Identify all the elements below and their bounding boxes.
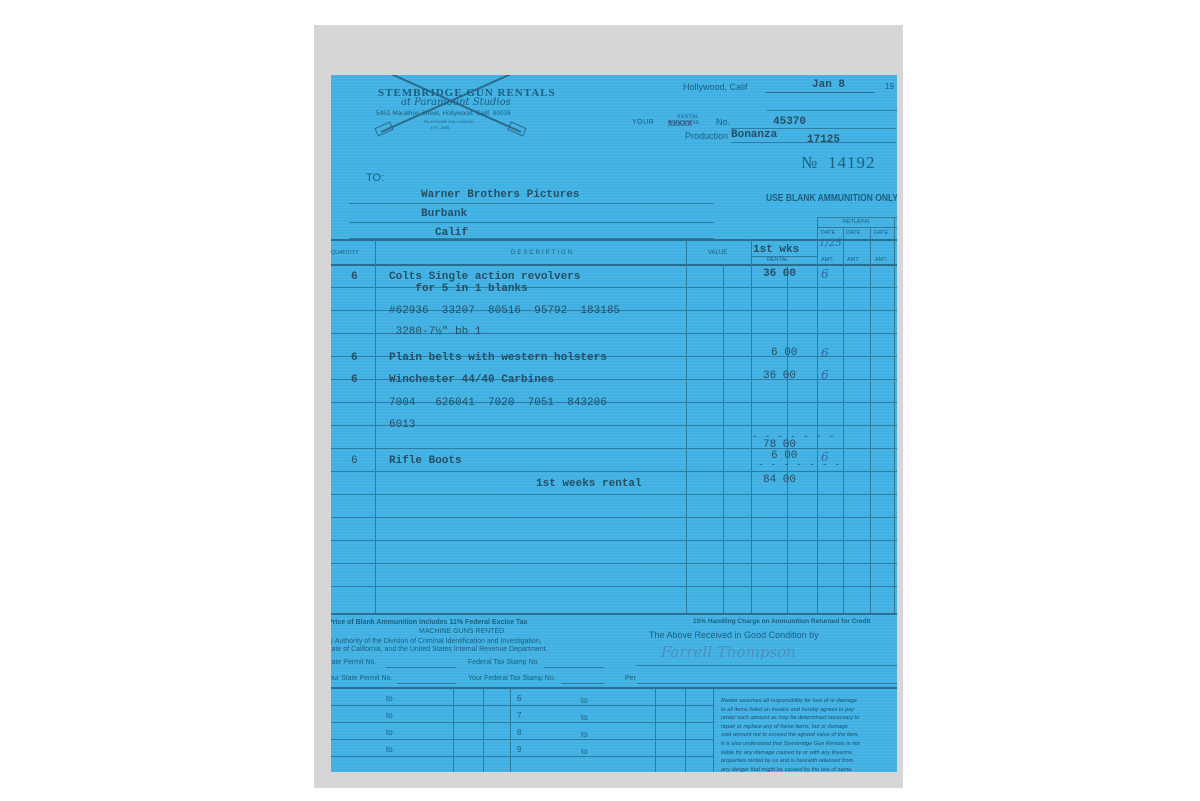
row-desc: Rifle Boots <box>389 455 462 467</box>
returns-top-line <box>817 217 897 218</box>
company-address: 5451 Marathon Street, Hollywood, Calif. … <box>376 110 511 117</box>
value-header: VALUE <box>708 250 727 256</box>
grid-row-line <box>331 705 713 706</box>
to-line-2 <box>349 222 714 223</box>
disclaimer-line: said amount not to exceed the agreed val… <box>721 731 897 740</box>
row-desc: 7004 626041 7020 7051 843206 <box>389 397 607 409</box>
order-number: 45370 <box>773 116 806 128</box>
phone-line: TELEPHONE HOLLYWOOD <box>423 119 474 124</box>
col-divider-qty <box>375 239 376 614</box>
grid-col-line <box>713 689 714 772</box>
invoice-number-label: № <box>801 153 817 173</box>
per-field[interactable] <box>637 683 897 684</box>
row-rental: 36 00 <box>763 268 796 280</box>
invoice-date: Jan 8 <box>812 79 845 91</box>
rule-line <box>331 471 897 472</box>
rental-header: RENTAL <box>767 257 788 263</box>
row-qty: 6 <box>351 374 358 386</box>
rule-line <box>331 563 897 564</box>
row-qty: 6 <box>351 352 358 364</box>
grid-to-label: to <box>386 694 393 703</box>
state-permit-label: State Permit No. <box>331 659 376 666</box>
returns-mid-line <box>817 227 897 228</box>
row-desc: Plain belts with western holsters <box>389 352 607 364</box>
grid-row-line <box>331 722 713 723</box>
signature: Farrell Thompson <box>661 643 796 661</box>
invoice-number: 14192 <box>828 153 876 173</box>
col-divider-returns-3 <box>870 227 871 614</box>
grid-to-label: to <box>581 696 588 705</box>
return-check: 6 <box>821 368 829 382</box>
col-divider-value <box>723 264 724 614</box>
year-prefix: 19 <box>885 82 894 91</box>
disclaimer-line: It is also understood that Stembridge Gu… <box>721 740 897 749</box>
total-amount: 84 00 <box>763 474 796 486</box>
signature-line <box>636 665 897 666</box>
row-desc: 3280-7½" bb 1 <box>389 326 481 338</box>
company-tagline: at Paramount Studios <box>401 97 511 108</box>
no-label: No. <box>716 117 730 127</box>
disclaimer-line: properties rented by us and is herewith … <box>721 757 897 766</box>
grid-col-line <box>685 689 686 772</box>
invoice-form: STEMBRIDGE GUN RENTALS at Paramount Stud… <box>331 75 897 772</box>
row-qty: 6 <box>351 271 358 283</box>
row-desc: Winchester 44/40 Carbines <box>389 374 554 386</box>
period-label: 1st wks <box>753 244 799 256</box>
row-desc: Colts Single action revolvers <box>389 271 580 283</box>
excise-note: Price of Blank Ammunition Includes 11% F… <box>331 619 528 626</box>
return-check: 6 <box>821 346 829 360</box>
grid-row-number: 8 <box>517 728 521 737</box>
rule-line <box>331 425 897 426</box>
grid-to-label: to <box>386 711 393 720</box>
your-federal-stamp-field[interactable] <box>561 683 604 684</box>
your-state-permit-label: Your State Permit No. <box>331 675 392 682</box>
grid-row-line <box>331 739 713 740</box>
total-rule: - - - - - - - <box>758 460 841 470</box>
grid-col-line <box>655 689 656 772</box>
col-divider-returns-2 <box>843 227 844 614</box>
quantity-header: QUANTITY <box>331 250 359 256</box>
return-amt-3: AMT. <box>875 257 888 263</box>
date-line <box>765 92 875 93</box>
row-qty: 6 <box>351 455 358 467</box>
grid-row-number: 6 <box>517 694 521 703</box>
your-label: YOUR <box>632 119 654 126</box>
machine-guns-note: MACHINE GUNS RENTED <box>419 628 504 635</box>
grid-to-label: to <box>581 713 588 722</box>
col-divider-returns-1 <box>817 239 818 614</box>
blank-ammo-notice: USE BLANK AMMUNITION ONLY <box>766 193 897 204</box>
disclaimer-line: any danger that might be caused by the u… <box>721 766 897 772</box>
your-state-permit-field[interactable] <box>397 683 456 684</box>
rule-line <box>331 540 897 541</box>
federal-stamp-field[interactable] <box>544 667 604 668</box>
grid-to-label: to <box>386 745 393 754</box>
total-label: 1st weeks rental <box>536 478 642 490</box>
return-date-1: DATE <box>821 230 835 236</box>
col-divider-rental <box>751 239 752 614</box>
row-desc: #62936 33207 80516 95792 183185 <box>389 305 620 317</box>
grid-to-label: to <box>581 730 588 739</box>
returns-label: RETURNS <box>843 219 870 225</box>
table-bottom-border <box>331 613 897 615</box>
rule-line <box>331 517 897 518</box>
production-number: 17125 <box>807 134 840 146</box>
description-header: DESCRIPTION <box>511 250 574 256</box>
received-label: The Above Received in Good Condition by <box>649 630 819 640</box>
purchase-strike: XXXXX <box>668 120 692 129</box>
state-permit-field[interactable] <box>386 667 456 668</box>
return-amt-1: AMT. <box>821 257 834 263</box>
disclaimer-line: to all items listed on invoice and hereb… <box>721 706 897 715</box>
col-divider-desc <box>686 239 687 614</box>
phone-ext: EXT. 2555 <box>431 125 449 130</box>
customer-name: Warner Brothers Pictures <box>421 189 579 201</box>
col-divider-right <box>894 217 895 614</box>
disclaimer-line: repair or replace any of these items, bu… <box>721 723 897 732</box>
grid-row-number: 9 <box>517 745 521 754</box>
to-line-1 <box>349 203 714 204</box>
header-bottom-border <box>331 264 897 266</box>
return-date-mark: 1/25 <box>819 238 841 249</box>
grid-to-label: to <box>581 747 588 756</box>
row-rental: 36 00 <box>763 370 796 382</box>
handling-note: 15% Handling Charge on Ammunition Return… <box>693 618 870 625</box>
authority-line-1: By Authority of the Division of Criminal… <box>331 638 542 645</box>
row-rental: 6 00 <box>771 347 797 359</box>
grid-col-line <box>483 687 484 772</box>
row-desc: 6013 <box>389 419 415 431</box>
return-date-2: DATE <box>846 230 860 236</box>
customer-city: Burbank <box>421 208 467 220</box>
disclaimer-block: Renter assumes all responsibility for lo… <box>721 697 897 772</box>
return-amt-2: AMT. <box>847 257 860 263</box>
grid-col-line <box>510 687 511 772</box>
return-date-3: DATE <box>874 230 888 236</box>
disclaimer-line: liable for any damage caused by or with … <box>721 749 897 758</box>
grid-top-border <box>331 687 897 689</box>
rule-line <box>331 448 897 449</box>
rule-line <box>331 586 897 587</box>
grid-col-line <box>453 687 454 772</box>
return-check: 6 <box>821 267 829 281</box>
row-desc: for 5 in 1 blanks <box>389 283 528 295</box>
production-label: Production <box>685 131 728 141</box>
date-line-2 <box>767 110 897 111</box>
production-name: Bonanza <box>731 129 777 141</box>
city-label: Hollywood, Calif <box>683 82 748 92</box>
your-federal-stamp-label: Your Federal Tax Stamp No. <box>468 675 556 682</box>
disclaimer-line: renter such amount as may be determined … <box>721 714 897 723</box>
authority-line-2: State of California, and the United Stat… <box>331 646 548 653</box>
rule-line <box>331 494 897 495</box>
per-label: Per <box>625 675 636 682</box>
table-top-border <box>331 239 897 241</box>
to-label: TO: <box>366 172 384 184</box>
federal-stamp-label: Federal Tax Stamp No. <box>468 659 539 666</box>
grid-row-line <box>331 756 713 757</box>
grid-row-number: 7 <box>517 711 521 720</box>
grid-to-label: to <box>386 728 393 737</box>
disclaimer-line: Renter assumes all responsibility for lo… <box>721 697 897 706</box>
